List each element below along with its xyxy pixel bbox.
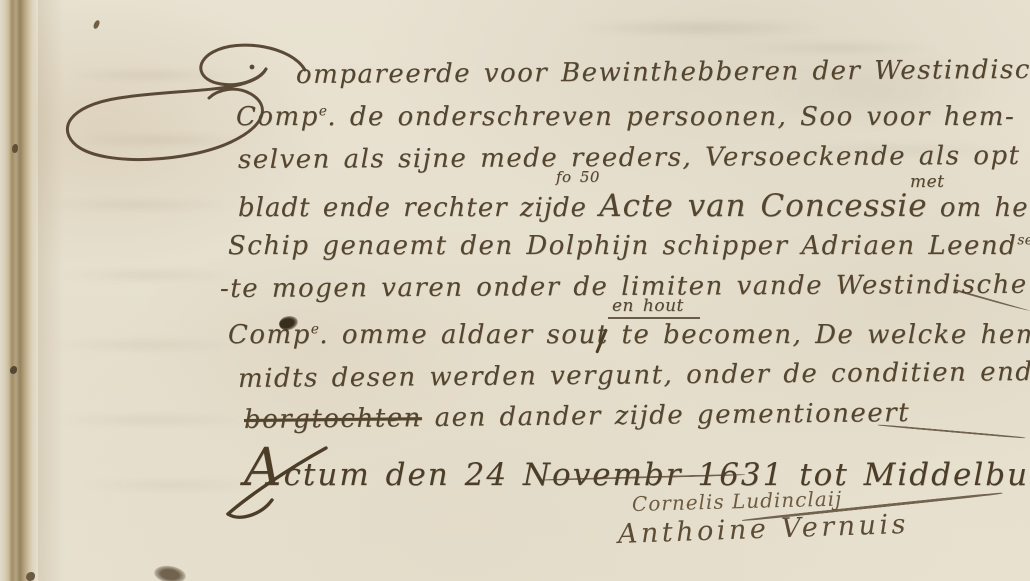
text-line-5: Schip genaemt den Dolphijn schipper Adri… xyxy=(228,233,1030,260)
name-superscript: se xyxy=(1017,232,1030,248)
date-text: Actum den 24 Novembr 1631 tot Middelburc… xyxy=(244,441,1030,496)
inserted-phrase-en-hout: en hout xyxy=(608,298,700,319)
company-abbr: Comp xyxy=(236,102,319,132)
line-text: selven als sijne mede reeders, Versoecke… xyxy=(238,140,1030,175)
line-text: aen dander zijde gementioneert xyxy=(422,398,911,433)
date-line: Actum den 24 Novembr 1631 tot Middelburc… xyxy=(244,441,1030,496)
binding-edge xyxy=(0,0,38,581)
text-line-7: en hout Compe. omme aldaer sout te becom… xyxy=(228,322,1030,349)
line-text: Schip genaemt den Dolphijn schipper Adri… xyxy=(228,231,1017,261)
text-line-1: ompareerde voor Bewinthebberen der Westi… xyxy=(296,57,1030,90)
manuscript-page: ompareerde voor Bewinthebberen der Westi… xyxy=(0,0,1030,581)
inserted-word-met: met xyxy=(910,174,945,192)
company-abbr: Comp xyxy=(228,320,311,350)
acte-van-concessie-emphasis: Acte van Concessie xyxy=(599,188,927,224)
text-line-2: Compe. de onderschreven persoonen, Soo v… xyxy=(236,104,1015,131)
struck-word-borgtochten: borgtochten xyxy=(244,403,422,435)
text-line-8: midts desen werden vergunt, onder de con… xyxy=(238,359,1030,393)
line-text: ompareerde voor Bewinthebberen der Westi… xyxy=(296,55,1030,90)
line-text: om het xyxy=(928,193,1030,223)
text-line-3: selven als sijne mede reeders, Versoecke… xyxy=(238,142,1030,174)
line-text: . de onderschreven persoonen, Soo voor h… xyxy=(327,102,1015,132)
text-line-4: fo 50 bladt ende rechter zijde Acte van … xyxy=(238,190,1030,223)
folio-reference-note: fo 50 xyxy=(556,170,600,186)
line-text: bladt ende rechter zijde xyxy=(238,193,599,223)
line-text: . omme aldaer sout te becomen, De welcke… xyxy=(319,320,1030,350)
binding-shadow xyxy=(38,0,64,581)
